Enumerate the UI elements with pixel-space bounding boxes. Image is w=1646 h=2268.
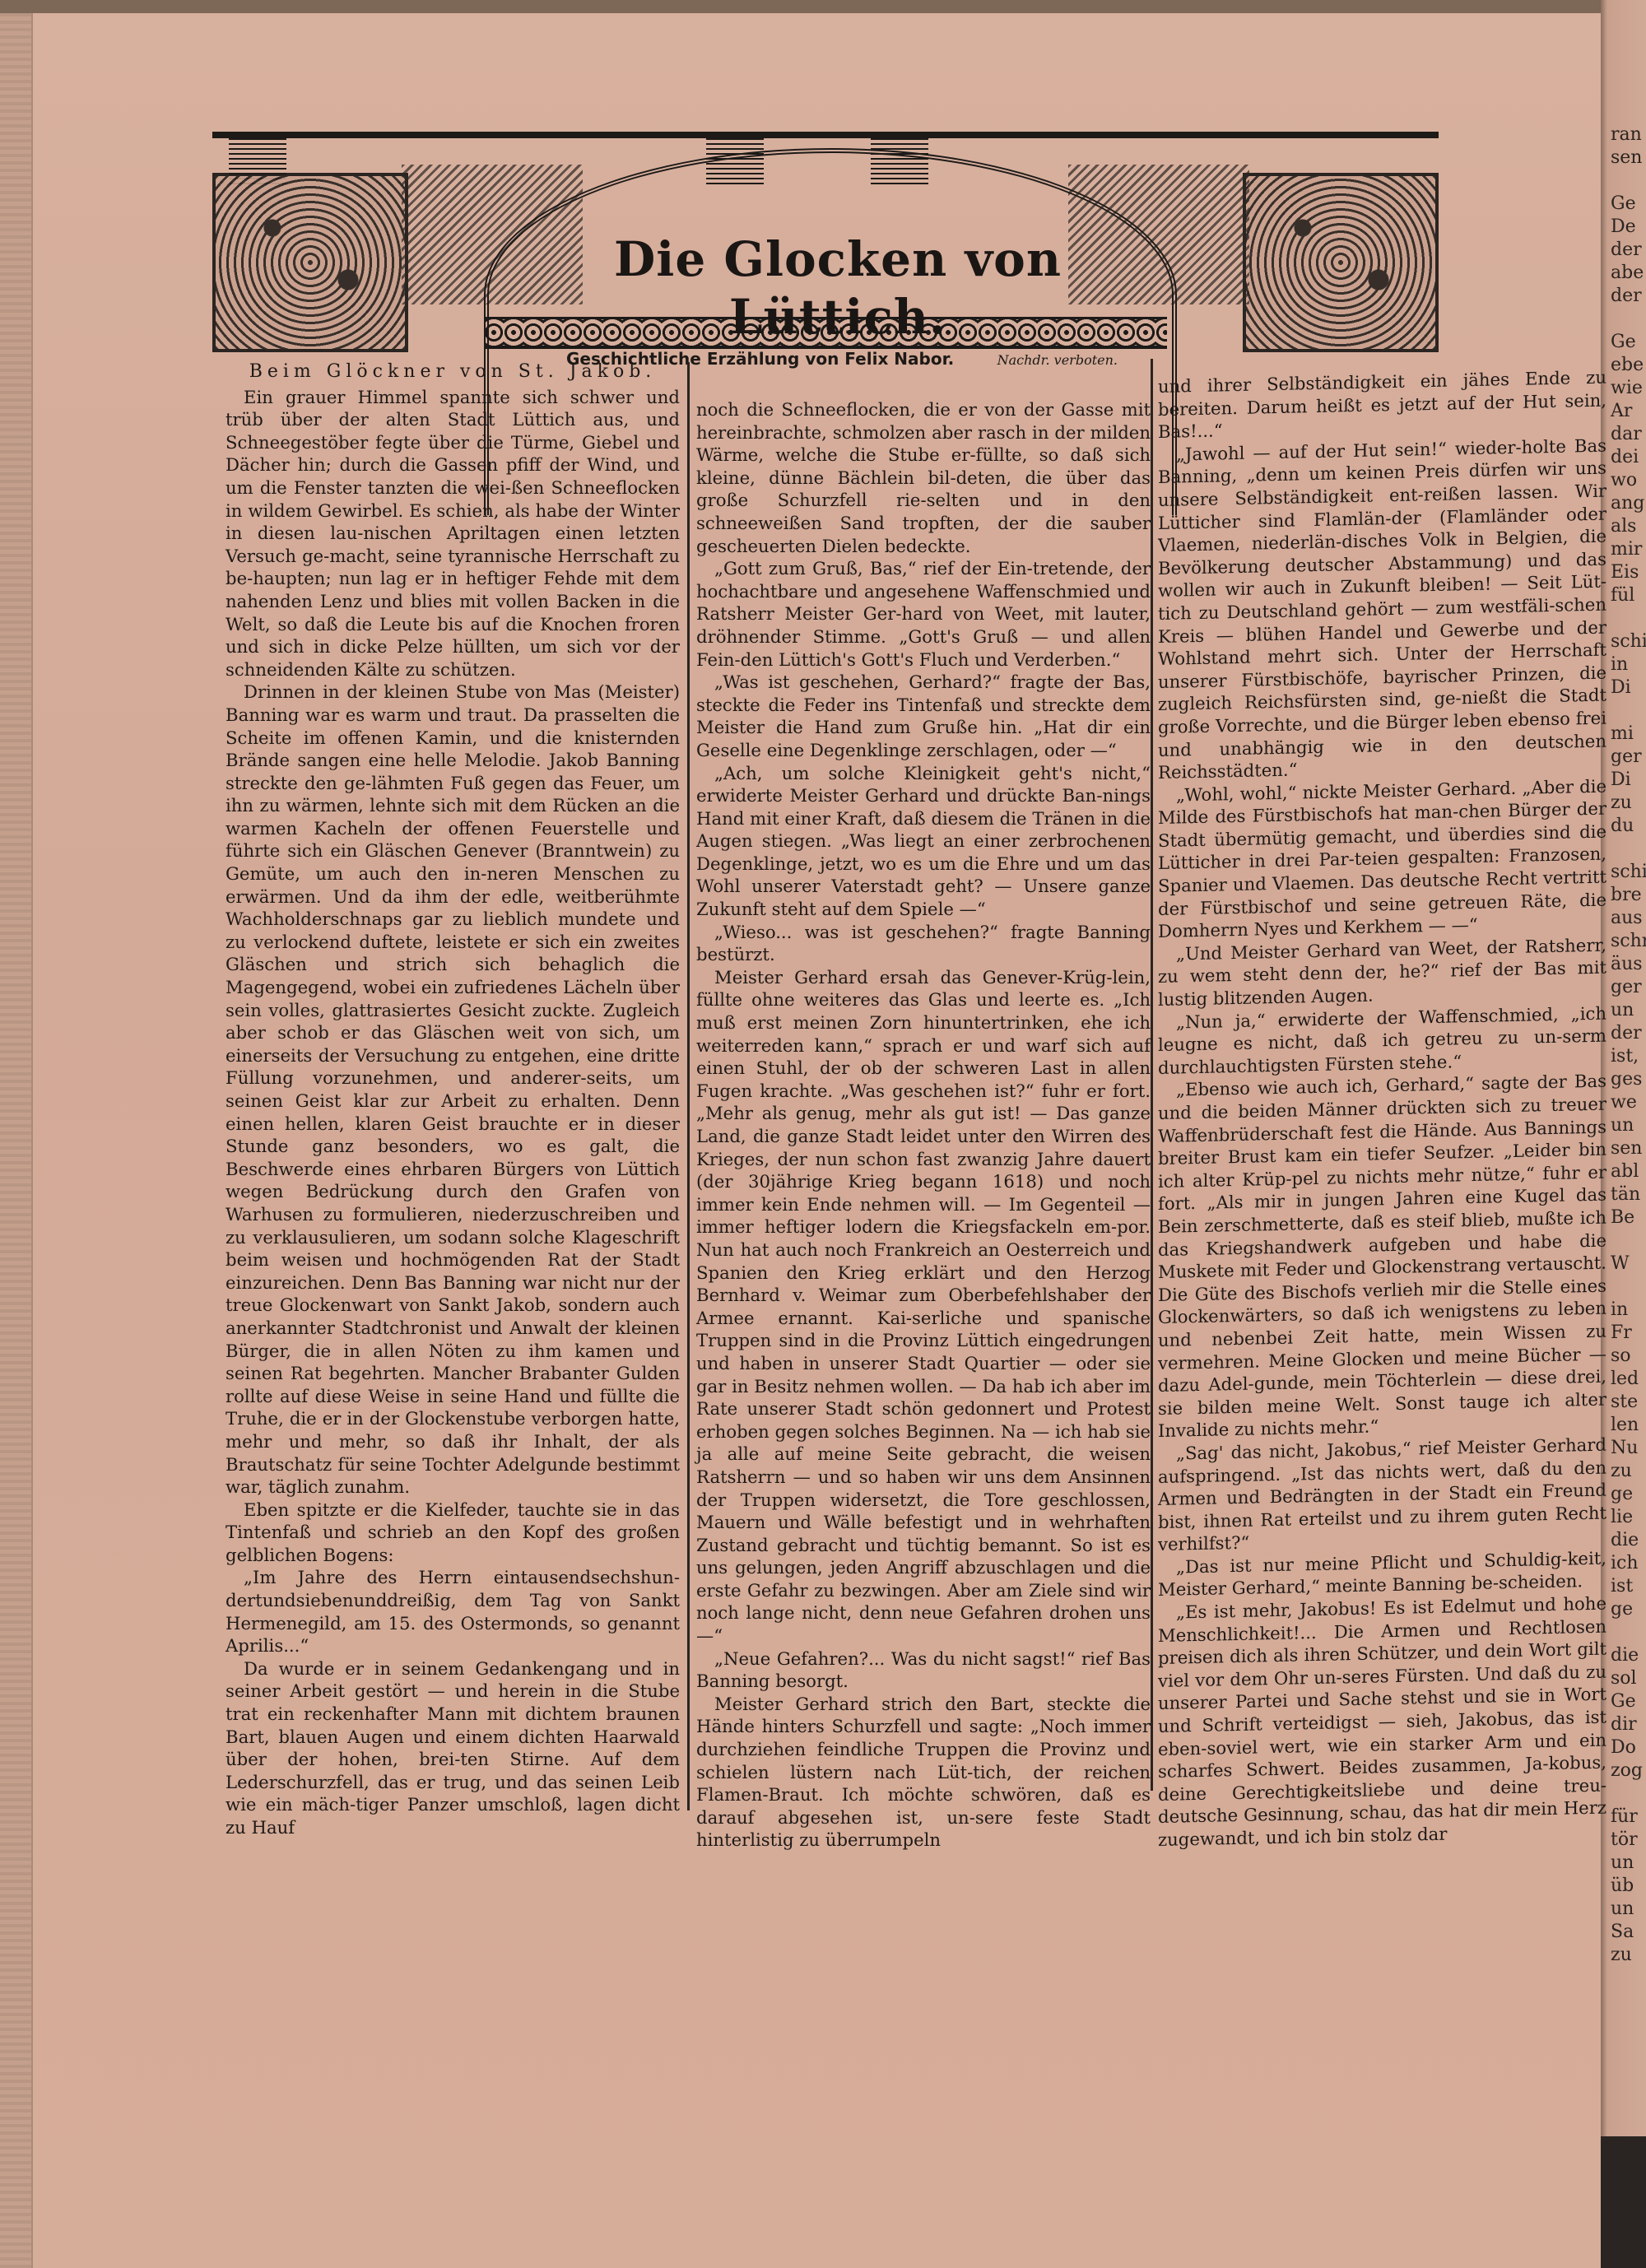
paragraph: Ein grauer Himmel spannte sich schwer un… [226,386,680,681]
floral-panel-left-icon [212,173,408,352]
paragraph: „Neue Gefahren?... Was du nicht sagst!“ … [696,1648,1151,1693]
paragraph: „Ach, um solche Kleinigkeit geht's nicht… [696,762,1151,921]
ornament-top-rule [212,132,1439,138]
paragraph: „Ebenso wie auch ich, Gerhard,“ sagte de… [1158,1070,1606,1443]
paragraph: Meister Gerhard ersah das Genever-Krüg-l… [696,966,1151,1648]
paragraph: noch die Schneeflocken, die er von der G… [696,398,1151,557]
article-title: Die Glocken von Lüttich. [525,230,1151,346]
column-2: noch die Schneeflocken, die er von der G… [696,398,1151,1852]
paragraph: „Wieso... was ist geschehen?“ fragte Ban… [696,921,1151,966]
floral-panel-right-icon [1243,173,1439,352]
section-heading: Beim Glöckner von St. Jakob. [226,360,680,383]
adjacent-page-strip: ran sen Ge De der abe der Ge ebe wie Ar … [1601,0,1646,2268]
paragraph: Drinnen in der kleinen Stube von Mas (Me… [226,681,680,1498]
paragraph: Da wurde er in seinem Gedankengang und i… [226,1657,680,1839]
paragraph: „Gott zum Gruß, Bas,“ rief der Ein-trete… [696,557,1151,671]
binding-edge-top [0,0,1646,13]
paragraph: „Es ist mehr, Jakobus! Es ist Edelmut un… [1158,1592,1606,1852]
shadow-corner [1601,2136,1646,2268]
paragraph: „Im Jahre des Herrn eintausendsechshun-d… [226,1566,680,1657]
adjacent-page-text: ran sen Ge De der abe der Ge ebe wie Ar … [1601,0,1646,1967]
title-block: Die Glocken von Lüttich. Geschichtliche … [525,230,1151,369]
column-divider [687,362,690,1810]
paragraph: „Jawohl — auf der Hut sein!“ wieder-holt… [1158,434,1606,783]
paragraph: „Nun ja,“ erwiderte der Waffenschmied, „… [1158,1002,1606,1079]
paragraph: „Was ist geschehen, Gerhard?“ fragte der… [696,671,1151,761]
paragraph: „Und Meister Gerhard van Weet, der Ratsh… [1158,933,1606,1011]
binding-edge-left [0,13,33,2268]
paragraph: Eben spitzte er die Kielfeder, tauchte s… [226,1499,680,1567]
article-body: Beim Glöckner von St. Jakob. Ein grauer … [226,357,1592,1822]
column-divider [1151,359,1153,1791]
paragraph: „Wohl, wohl,“ nickte Meister Gerhard. „A… [1158,774,1606,943]
column-1: Beim Glöckner von St. Jakob. Ein grauer … [226,360,680,1839]
column-3: und ihrer Selbständigkeit ein jähes Ende… [1158,366,1606,1852]
paragraph: und ihrer Selbständigkeit ein jähes Ende… [1158,366,1606,444]
paragraph: Meister Gerhard strich den Bart, steckte… [696,1693,1151,1852]
paragraph: „Sag' das nicht, Jakobus,“ rief Meister … [1158,1433,1606,1555]
title-ornament-header: Die Glocken von Lüttich. Geschichtliche … [212,132,1439,358]
